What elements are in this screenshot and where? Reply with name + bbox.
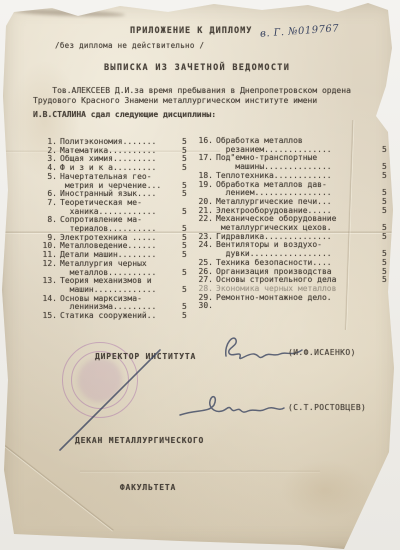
- subject-row: 22.Механическое оборудование металлургич…: [196, 215, 392, 232]
- subject-name: Ремонтно-монтажное дело.: [216, 294, 332, 303]
- document-heading: ВЫПИСКА ИЗ ЗАЧЕТНОЙ ВЕДОМОСТИ: [104, 63, 290, 73]
- subject-row: 30.: [196, 302, 392, 311]
- intro-line: И.В.СТАЛИНА сдал следующие дисциплины:: [33, 110, 216, 119]
- subject-name: Теоретическая ме- ханика............: [60, 199, 156, 216]
- subject-number: 7.: [40, 199, 57, 208]
- subject-number: 19.: [196, 181, 213, 190]
- subject-row: 14.Основы марксизма- ленинизма.........5: [40, 295, 192, 312]
- subject-grade: 5: [182, 208, 192, 217]
- intro-paragraph: Тов.АЛЕКСЕЕВ Д.И.за время пребывания в Д…: [33, 86, 351, 105]
- subjects-column-right: 16.Обработка металлов резанием..........…: [196, 137, 392, 311]
- subject-row: 17.Под"емно-транспортные машины.........…: [196, 154, 392, 171]
- subject-row: 15.Статика сооружений..5: [40, 312, 192, 321]
- document-title: ПРИЛОЖЕНИЕ К ДИПЛОМУ: [130, 26, 252, 36]
- paper-stain: [280, 460, 370, 520]
- subject-grade: 5: [382, 276, 392, 285]
- subject-row: 16.Обработка металлов резанием..........…: [196, 137, 392, 154]
- scanned-document-page: ПРИЛОЖЕНИЕ К ДИПЛОМУ в. Г. №019767 /без …: [0, 0, 400, 550]
- subject-row: 28.Экономика черных металлов: [196, 285, 392, 294]
- subject-name: Обработка металлов дав- лением..........…: [216, 181, 332, 198]
- subject-row: 19.Обработка металлов дав- лением.......…: [196, 181, 392, 198]
- subject-number: 16.: [196, 137, 213, 146]
- subject-name: Экономика черных металлов: [216, 285, 336, 294]
- subject-name: Сопротивление ма- териалов..........: [60, 216, 156, 233]
- subject-number: 8.: [40, 216, 57, 225]
- subject-grade: 5: [382, 207, 392, 216]
- subject-row: 12.Металлургия черных металлов..........…: [40, 260, 192, 277]
- subject-number: 5.: [40, 173, 57, 182]
- subject-grade: 5: [382, 172, 392, 181]
- subject-grade: 5: [182, 164, 192, 173]
- intro-line: Трудового Красного Знамени металлургичес…: [33, 96, 317, 105]
- subject-name: Металлургия черных металлов..........: [60, 260, 156, 277]
- subject-name: Механическое оборудование металлургическ…: [216, 215, 336, 232]
- subject-number: 24.: [196, 241, 213, 250]
- subject-grade: 5: [182, 286, 192, 295]
- intro-line: Тов.АЛЕКСЕЕВ Д.И.за время пребывания в Д…: [33, 86, 351, 95]
- subject-name: Основы марксизма- ленинизма.........: [60, 295, 156, 312]
- subject-row: 24.Вентиляторы и воздухо- дувки.........…: [196, 241, 392, 258]
- subject-grade: 5: [182, 312, 192, 321]
- subject-grade: 5: [182, 251, 192, 260]
- subject-number: 12.: [40, 260, 57, 269]
- director-typed-name: (И.Ф.ИСАЕНКО): [288, 348, 356, 357]
- subject-number: 28.: [196, 285, 213, 294]
- torn-edge-shadow: [15, 8, 125, 18]
- subject-name: Теория механизмов и машин.............: [60, 277, 156, 294]
- subject-name: Статика сооружений..: [60, 312, 156, 321]
- subject-grade: 5: [182, 269, 192, 278]
- subject-row: 13.Теория механизмов и машин............…: [40, 277, 192, 294]
- subject-grade: 5: [382, 233, 392, 242]
- subject-number: 14.: [40, 295, 57, 304]
- document-subtitle: /без диплома не действительно /: [55, 41, 204, 50]
- dean-label-line1: ДЕКАН МЕТАЛЛУРГИЧЕСКОГО: [75, 436, 221, 445]
- subjects-column-left: 1.Политэкономия.......52.Математика.....…: [40, 138, 192, 321]
- document-header: ПРИЛОЖЕНИЕ К ДИПЛОМУ в. Г. №019767: [130, 26, 340, 37]
- subject-grade: 5: [182, 190, 192, 199]
- subject-row: 5.Начертательная гео- метрия и черчение.…: [40, 173, 192, 190]
- subject-number: 17.: [196, 154, 213, 163]
- paper-sheet: ПРИЛОЖЕНИЕ К ДИПЛОМУ в. Г. №019767 /без …: [0, 0, 400, 550]
- subject-grade: 5: [382, 146, 392, 155]
- handwritten-diploma-number: в. Г. №019767: [260, 23, 340, 40]
- subject-name: Под"емно-транспортные машины............…: [216, 154, 332, 171]
- subject-name: Начертательная гео- метрия и черчение...: [60, 173, 161, 190]
- subject-row: 7.Теоретическая ме- ханика............5: [40, 199, 192, 216]
- dean-typed-name: (С.Т.РОСТОВЦЕВ): [288, 403, 366, 412]
- subject-number: 15.: [40, 312, 57, 321]
- subject-number: 13.: [40, 277, 57, 286]
- dean-label-line2: ФАКУЛЬТЕТА: [75, 483, 221, 492]
- subject-number: 30.: [196, 302, 213, 311]
- subject-row: 8.Сопротивление ма- териалов..........5: [40, 216, 192, 233]
- subject-number: 22.: [196, 215, 213, 224]
- subject-name: Вентиляторы и воздухо- дувки............…: [216, 241, 332, 258]
- subject-name: Обработка металлов резанием.............…: [216, 137, 332, 154]
- subject-row: 29.Ремонтно-монтажное дело.: [196, 294, 392, 303]
